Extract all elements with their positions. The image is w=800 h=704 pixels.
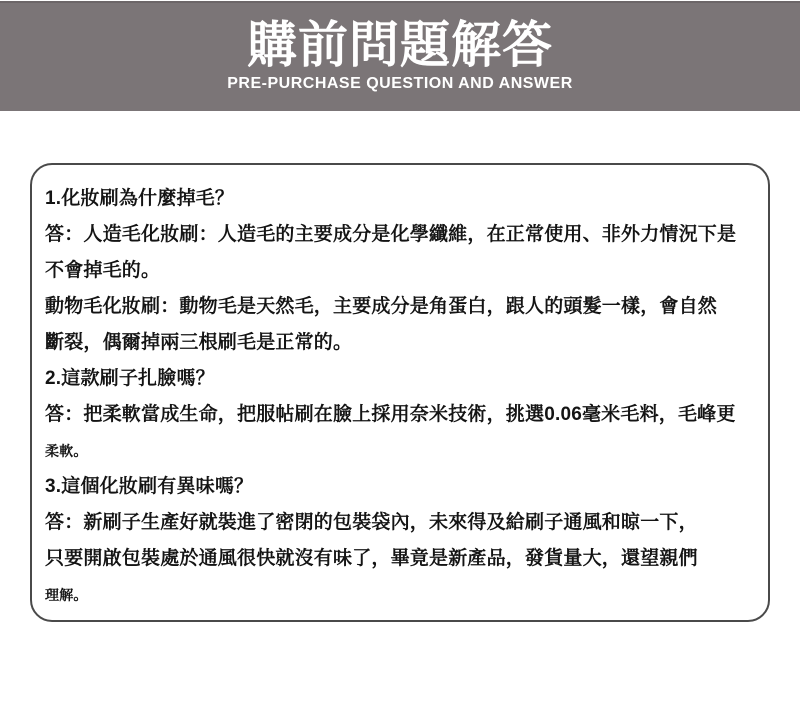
faq-answer-1-line-4: 斷裂，偶爾掉兩三根刷毛是正常的。 (45, 325, 758, 361)
faq-question-1: 1.化妝刷為什麼掉毛？ (45, 181, 758, 217)
page-title: 購前問題解答 (247, 16, 553, 74)
faq-answer-3-line-1: 答：新刷子生產好就裝進了密閉的包裝袋內，未來得及給刷子通風和晾一下， (45, 505, 758, 541)
faq-question-3: 3.這個化妝刷有異味嗎？ (45, 469, 758, 505)
faq-answer-3-line-3: 理解。 (45, 577, 758, 613)
faq-answer-3-line-2: 只要開啟包裝處於通風很快就沒有味了，畢竟是新產品，發貨量大，還望親們 (45, 541, 758, 577)
faq-answer-1-line-1: 答：人造毛化妝刷：人造毛的主要成分是化學纖維，在正常使用、非外力情況下是 (45, 217, 758, 253)
faq-answer-1-line-2: 不會掉毛的。 (45, 253, 758, 289)
faq-answer-2-line-2: 柔軟。 (45, 433, 758, 469)
page: 購前問題解答 PRE-PURCHASE QUESTION AND ANSWER … (0, 0, 800, 704)
page-subtitle: PRE-PURCHASE QUESTION AND ANSWER (227, 75, 573, 93)
faq-answer-2-line-1: 答：把柔軟當成生命，把服帖刷在臉上採用奈米技術，挑選0.06毫米毛料，毛峰更 (45, 397, 758, 433)
header-banner: 購前問題解答 PRE-PURCHASE QUESTION AND ANSWER (0, 1, 800, 111)
faq-question-2: 2.這款刷子扎臉嗎？ (45, 361, 758, 397)
faq-box: 1.化妝刷為什麼掉毛？ 答：人造毛化妝刷：人造毛的主要成分是化學纖維，在正常使用… (30, 163, 770, 622)
faq-answer-1-line-3: 動物毛化妝刷：動物毛是天然毛，主要成分是角蛋白，跟人的頭髮一樣，會自然 (45, 289, 758, 325)
